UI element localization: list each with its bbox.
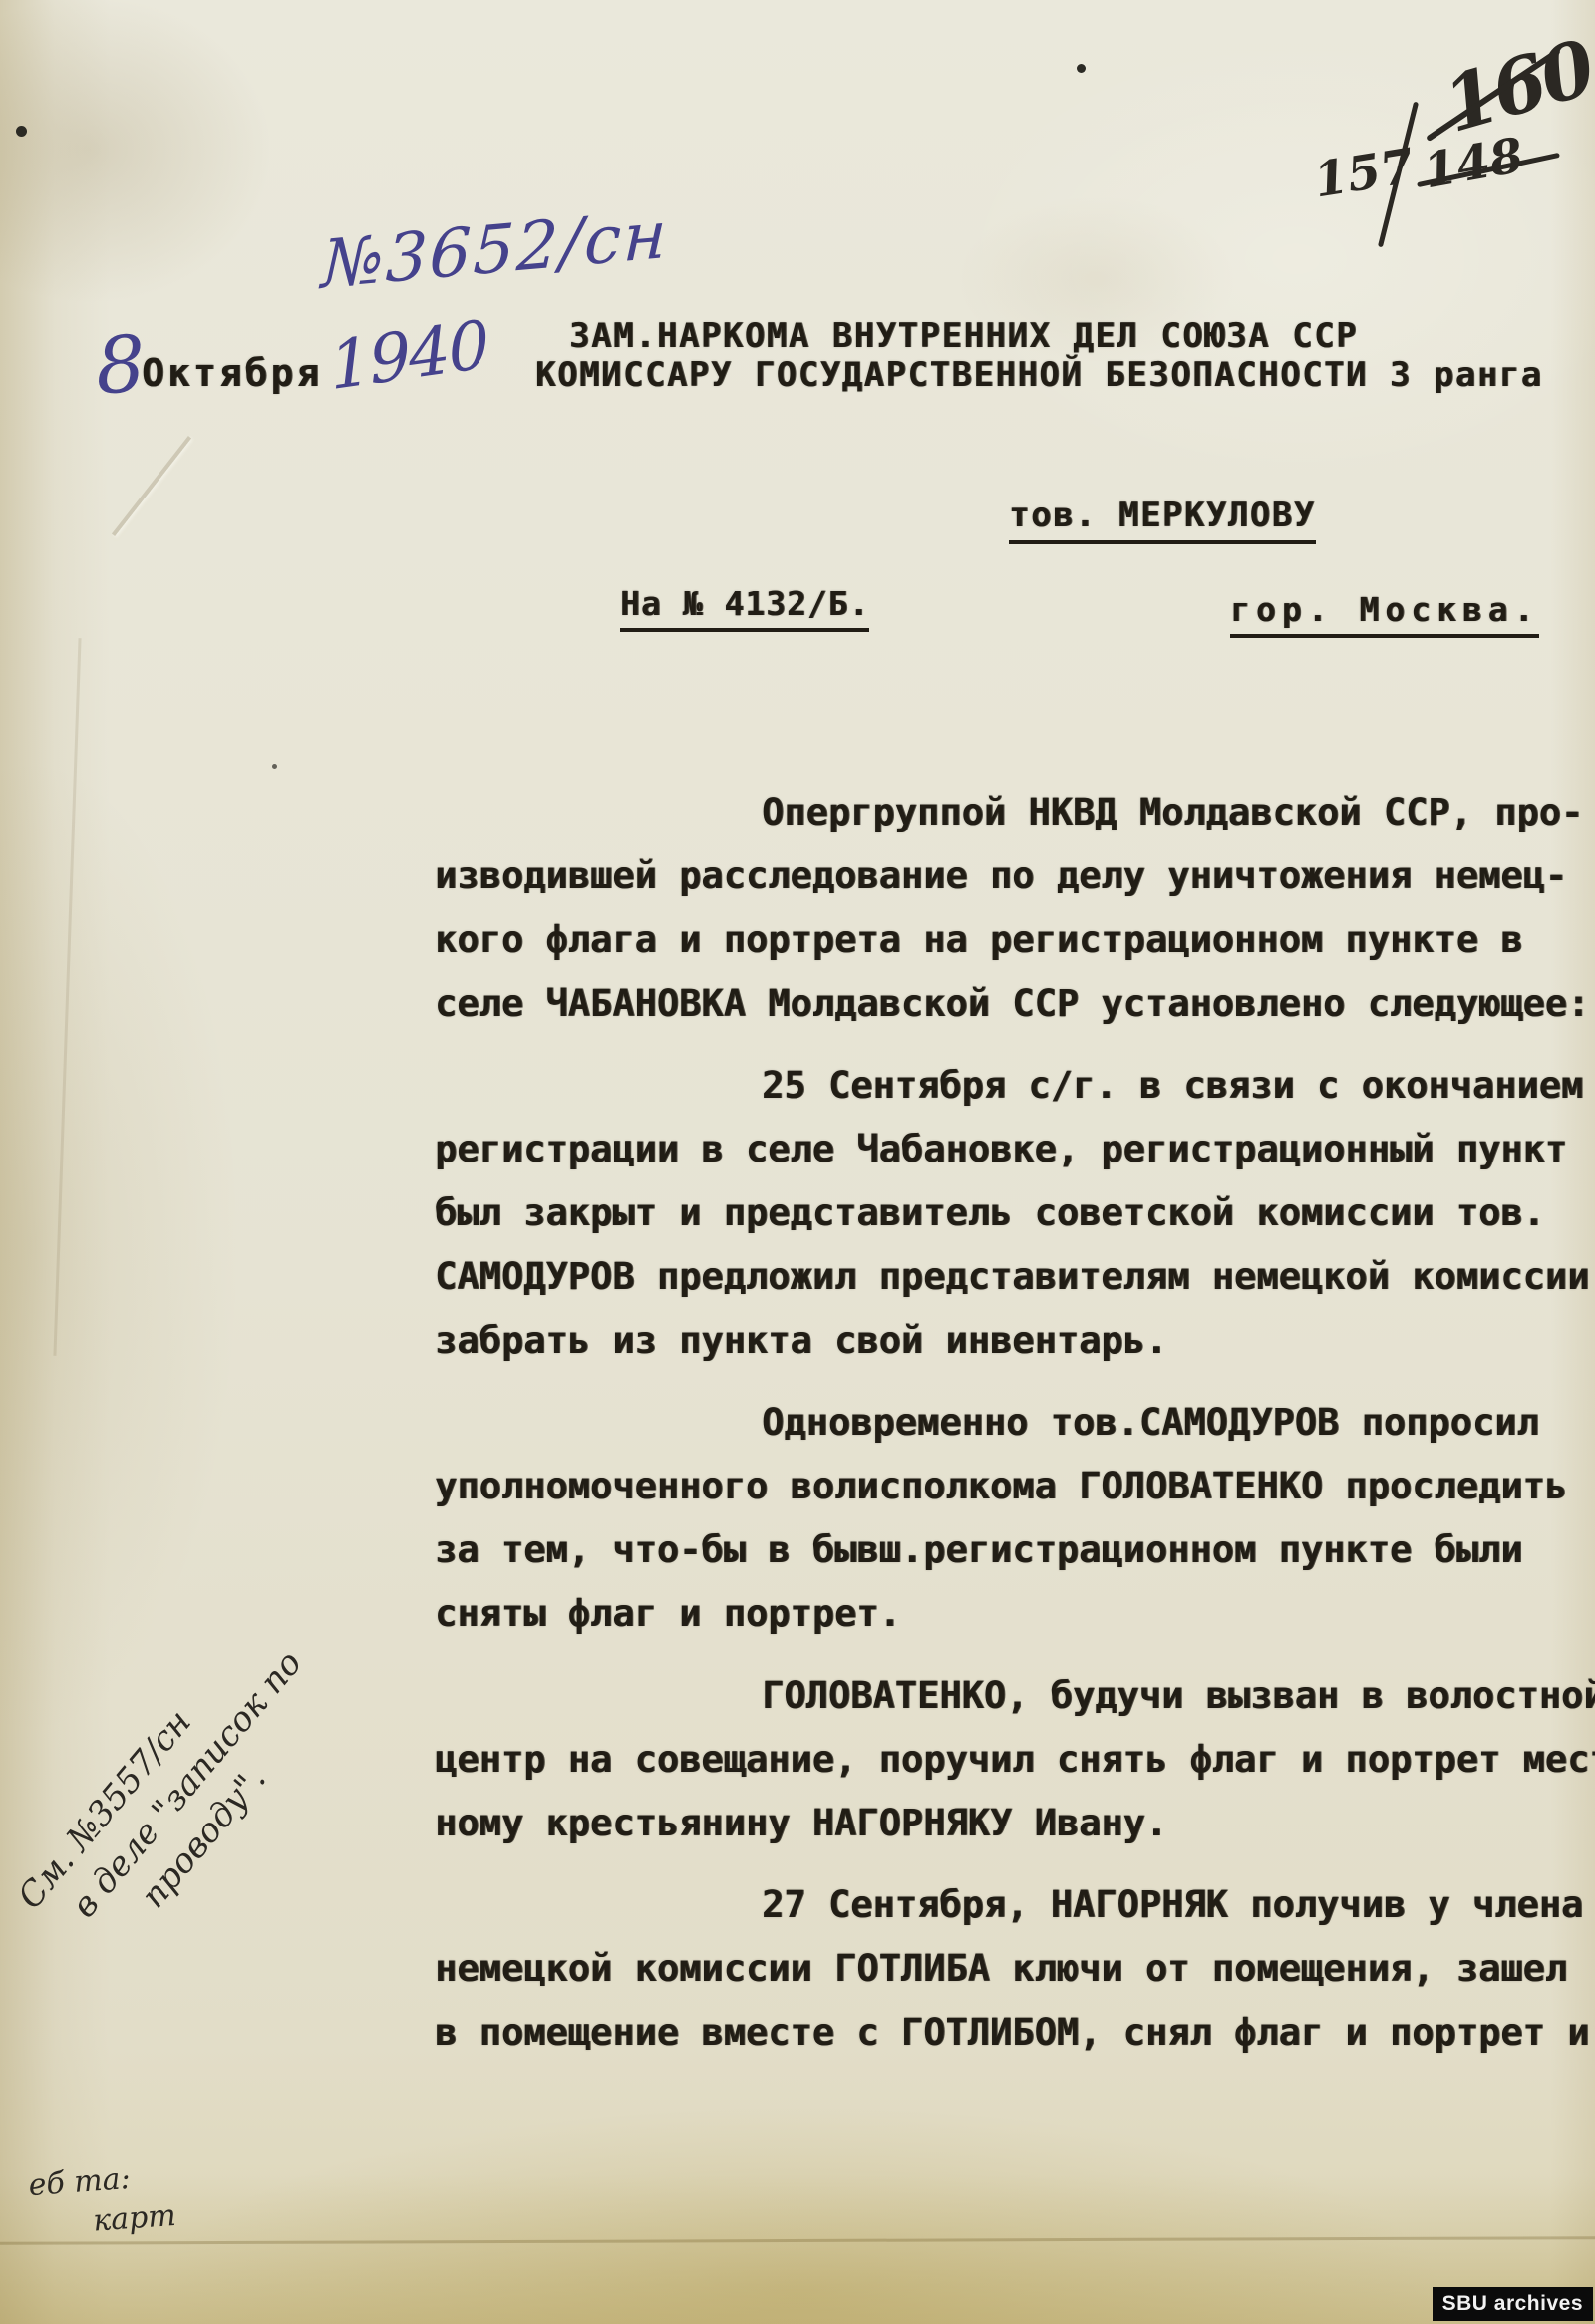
body-paragraph: 27 Сентября, НАГОРНЯК получив у членанем… (435, 1873, 1595, 2065)
page-number-157: 157 (1310, 139, 1418, 209)
body-line: регистрации в селе Чабановке, регистраци… (435, 1118, 1595, 1181)
body-line: Одновременно тов.САМОДУРОВ попросил (435, 1391, 1595, 1455)
body-line: сняты флаг и портрет. (435, 1582, 1595, 1646)
body-line: ному крестьянину НАГОРНЯКУ Ивану. (435, 1792, 1595, 1855)
body-paragraph: Опергруппой НКВД Молдавской ССР, про-изв… (435, 781, 1595, 1036)
handwritten-date-day: 8 (94, 320, 148, 412)
scanned-document-page: №3652/сн 160 157 148 8 Октября 1940 ЗАМ.… (0, 0, 1595, 2324)
reference-number: На № 4132/Б. (620, 584, 869, 632)
body-line: ГОЛОВАТЕНКО, будучи вызван в волостной (435, 1664, 1595, 1728)
handwritten-date-year: 1940 (327, 306, 490, 405)
body-line: 27 Сентября, НАГОРНЯК получив у члена (435, 1873, 1595, 1937)
paper-fold-line (0, 2236, 1595, 2245)
ink-speck (16, 126, 27, 137)
body-line: уполномоченного волисполкома ГОЛОВАТЕНКО… (435, 1455, 1595, 1518)
handwritten-side-note: См. №3557/сн в деле "записок по проводу"… (8, 1611, 349, 1980)
recipient-line-2: КОМИССАРУ ГОСУДАРСТВЕННОЙ БЕЗОПАСНОСТИ 3… (535, 356, 1543, 395)
handwritten-doc-number: №3652/сн (320, 196, 669, 304)
body-line: немецкой комиссии ГОТЛИБА ключи от помещ… (435, 1937, 1595, 2001)
body-line: центр на совещание, поручил снять флаг и… (435, 1728, 1595, 1792)
paper-crease (53, 638, 81, 1356)
body-paragraph: ГОЛОВАТЕНКО, будучи вызван в волостнойце… (435, 1664, 1595, 1855)
recipient-line-1: ЗАМ.НАРКОМА ВНУТРЕННИХ ДЕЛ СОЮЗА ССР (569, 317, 1543, 356)
body-line: 25 Сентября с/г. в связи с окончанием (435, 1054, 1595, 1118)
paper-crease (112, 436, 191, 536)
letterhead: ЗАМ.НАРКОМА ВНУТРЕННИХ ДЕЛ СОЮЗА ССР КОМ… (535, 317, 1543, 395)
body-line: селе ЧАБАНОВКА Молдавской ССР установлен… (435, 972, 1595, 1036)
body-paragraph: Одновременно тов.САМОДУРОВ попросилуполн… (435, 1391, 1595, 1646)
ink-speck (272, 764, 277, 769)
body-line: в помещение вместе с ГОТЛИБОМ, снял флаг… (435, 2001, 1595, 2065)
body-line: САМОДУРОВ предложил представителям немец… (435, 1245, 1595, 1309)
body-line: забрать из пункта свой инвентарь. (435, 1309, 1595, 1373)
body-line: был закрыт и представитель советской ком… (435, 1181, 1595, 1245)
archive-watermark: SBU archives (1433, 2287, 1593, 2321)
body-line: Опергруппой НКВД Молдавской ССР, про- (435, 781, 1595, 844)
typed-date-month: Октября (142, 351, 322, 395)
ink-speck (1077, 64, 1086, 73)
addressee: тов. МЕРКУЛОВУ (1009, 496, 1316, 544)
body-line: изводившей расследование по делу уничтож… (435, 844, 1595, 908)
body-line: кого флага и портрета на регистрационном… (435, 908, 1595, 972)
body-text: Опергруппой НКВД Молдавской ССР, про-изв… (435, 781, 1595, 2065)
city-label: гор. Москва. (1230, 590, 1539, 638)
body-line: за тем, что-бы в бывш.регистрационном пу… (435, 1518, 1595, 1582)
body-paragraph: 25 Сентября с/г. в связи с окончаниемрег… (435, 1054, 1595, 1373)
handwritten-bottom-note: еб та: карт (27, 2157, 177, 2246)
bottom-note-line: карт (92, 2196, 177, 2242)
